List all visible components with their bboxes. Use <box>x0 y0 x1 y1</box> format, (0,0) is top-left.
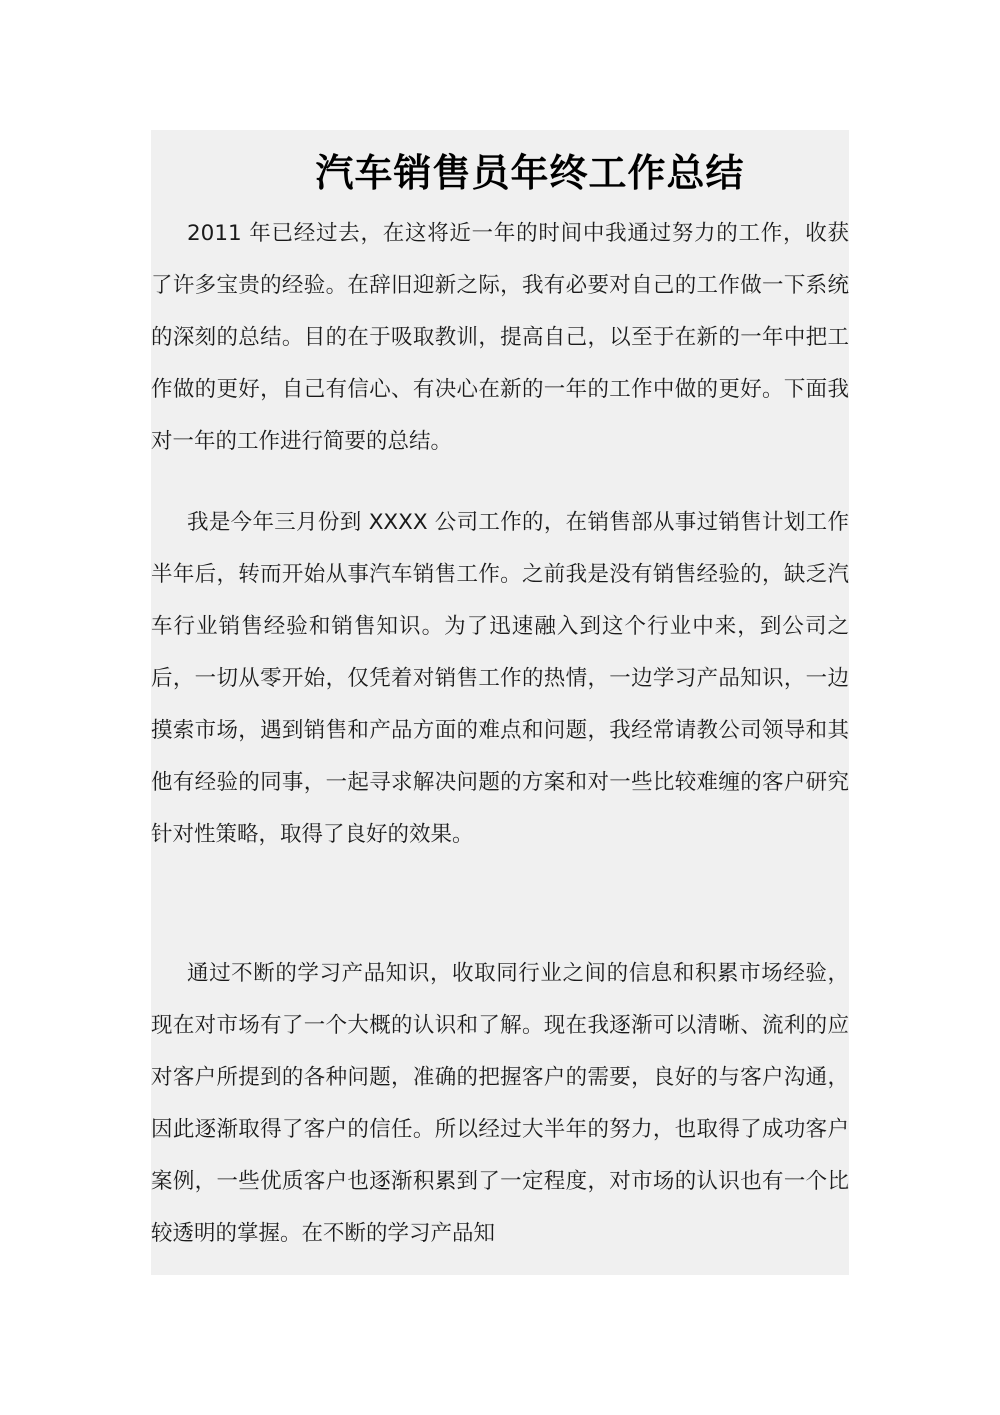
paragraph-background: 我是今年三月份到 XXXX 公司工作的，在销售部从事过销售计划工作半年后，转而开… <box>151 497 849 861</box>
document-page: 汽车销售员年终工作总结 2011 年已经过去，在这将近一年的时间中我通过努力的工… <box>151 130 849 1275</box>
document-title: 汽车销售员年终工作总结 <box>151 150 849 196</box>
paragraph-intro: 2011 年已经过去，在这将近一年的时间中我通过努力的工作，收获了许多宝贵的经验… <box>151 208 849 468</box>
paragraph-progress: 通过不断的学习产品知识，收取同行业之间的信息和积累市场经验，现在对市场有了一个大… <box>151 948 849 1260</box>
